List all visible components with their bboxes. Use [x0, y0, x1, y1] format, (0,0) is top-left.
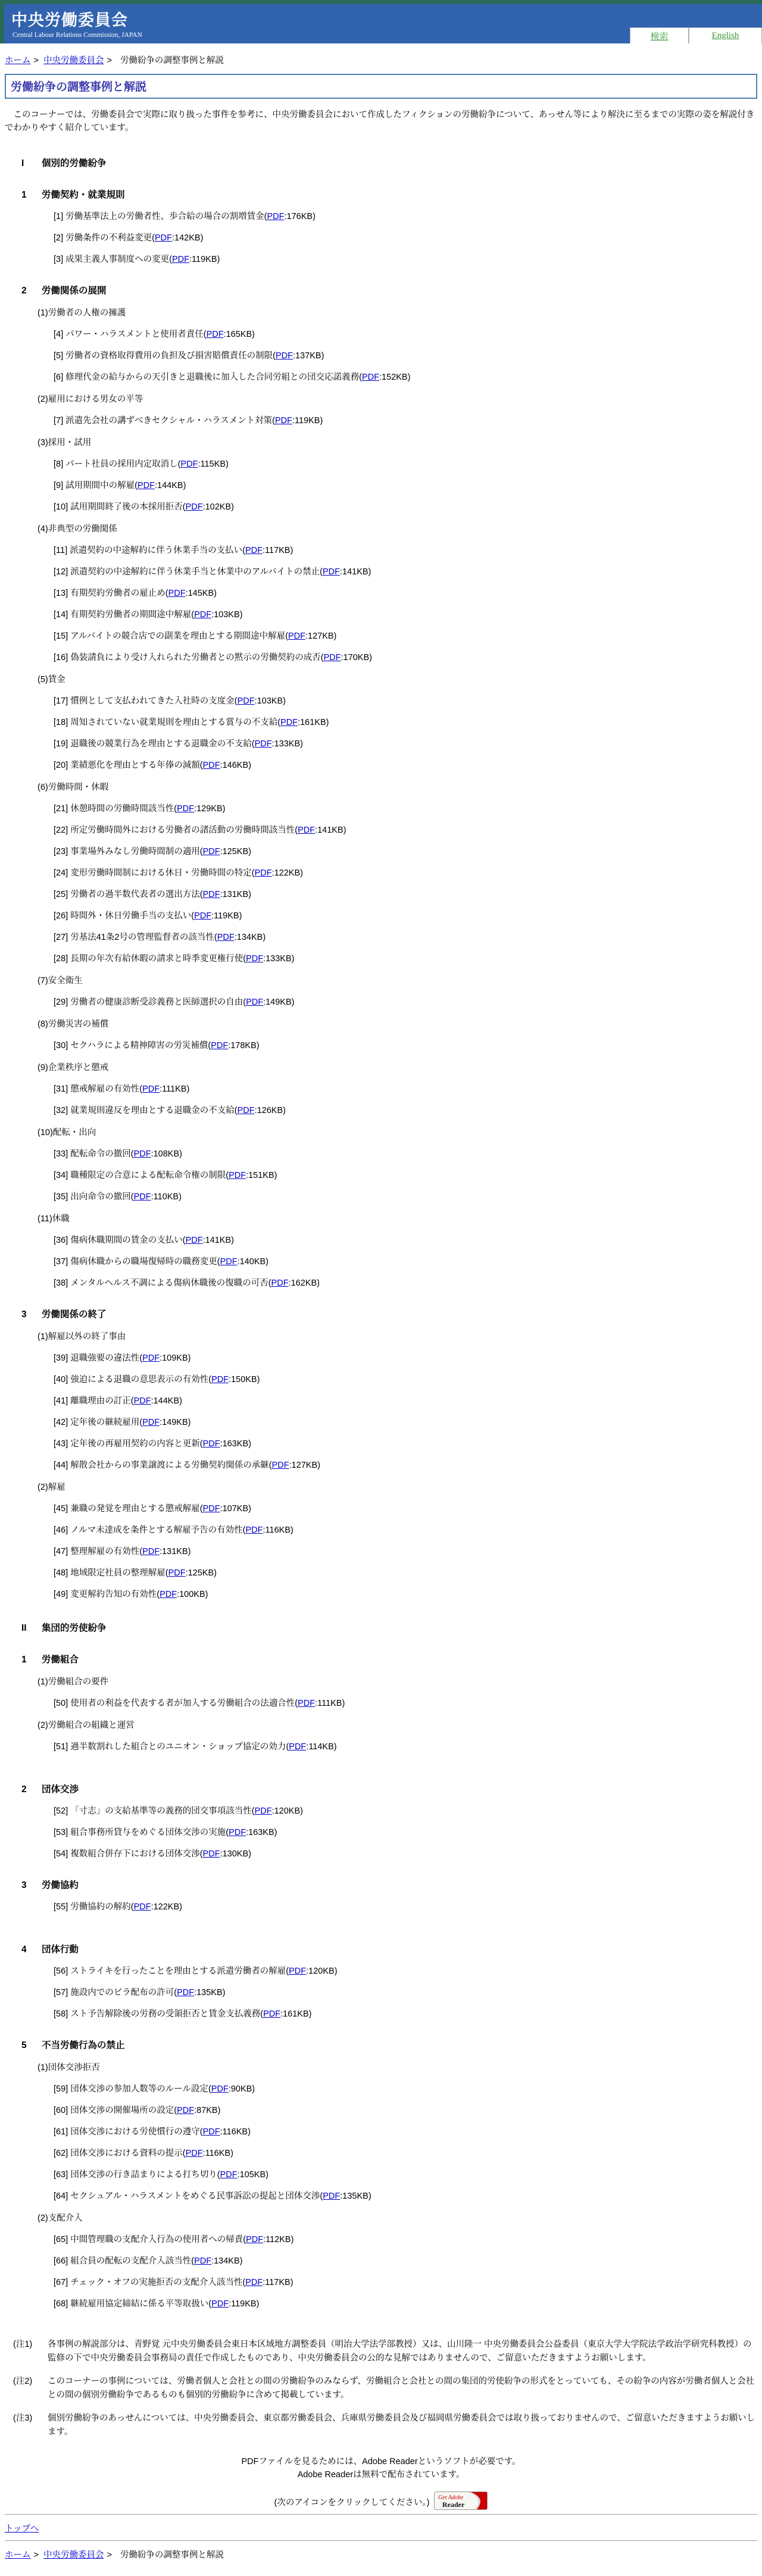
pdf-link[interactable]: PDF: [288, 632, 305, 641]
list-item: [32] 就業規則違反を理由とする退職金の不支給(PDF:126KB): [54, 1106, 757, 1116]
file-size: 131KB: [223, 890, 249, 899]
item-title: 離職理由の訂正: [70, 1396, 131, 1406]
pdf-link[interactable]: PDF: [220, 2170, 238, 2180]
pdf-link[interactable]: PDF: [211, 2299, 229, 2309]
list-item: [12] 派遣契約の中途解約に伴う休業手当と休業中のアルバイトの禁止(PDF:1…: [54, 567, 757, 577]
item-title: ストライキを行ったことを理由とする派遣労働者の解雇: [70, 1967, 286, 1976]
item-title: 労基法41条2号の管理監督者の該当性: [70, 933, 214, 942]
item-number: [26]: [54, 911, 68, 921]
pdf-notice: PDFファイルを見るためには、Adobe Readerというソフトが必要です。 …: [5, 2455, 757, 2514]
pdf-link[interactable]: PDF: [267, 212, 285, 221]
item-number: [24]: [54, 868, 68, 878]
pdf-link[interactable]: PDF: [194, 2256, 211, 2266]
item-number: [42]: [54, 1418, 68, 1427]
file-size: 134KB: [237, 933, 263, 942]
list-item: [57] 施設内でのビラ配布の許可(PDF:135KB): [54, 1988, 757, 1998]
pdf-link[interactable]: PDF: [280, 718, 298, 727]
list-item: [45] 兼職の発覚を理由とする懲戒解雇(PDF:107KB): [54, 1504, 757, 1514]
item-title: セクシュアル・ハラスメントをめぐる民事訴訟の提起と団体交渉: [70, 2192, 320, 2201]
item-number: [44]: [54, 1461, 68, 1470]
item-title: 有期契約労働者の期間途中解雇: [70, 610, 191, 620]
item-title: 定年後の継続雇用: [70, 1418, 139, 1427]
chapter-heading: 4団体行動: [21, 1942, 757, 1955]
item-number: [43]: [54, 1439, 68, 1449]
header-nav: 検索 English: [630, 27, 762, 43]
file-size: 90KB: [231, 2084, 252, 2094]
search-tab[interactable]: 検索: [630, 27, 689, 43]
pdf-link[interactable]: PDF: [289, 1742, 306, 1752]
item-number: [64]: [54, 2192, 68, 2201]
pdf-link[interactable]: PDF: [160, 1590, 177, 1599]
item-title: パワー・ハラスメントと使用者責任: [65, 330, 204, 339]
file-size: 109KB: [162, 1353, 188, 1363]
pdf-link[interactable]: PDF: [271, 1278, 289, 1288]
item-number: [20]: [54, 761, 68, 770]
pdf-notice-line3: (次のアイコンをクリックしてください。): [274, 2496, 430, 2509]
item-title: 有期契約労働者の雇止め: [70, 589, 165, 598]
item-title: 労働者の資格取得費用の負担及び損害賠償責任の制限: [65, 351, 273, 361]
pdf-link[interactable]: PDF: [245, 1525, 263, 1535]
file-size: 161KB: [300, 718, 326, 727]
intro-paragraph: このコーナーでは、労働委員会で実際に取り扱った事件を参考に、中央労働委員会におい…: [5, 108, 757, 135]
pdf-link[interactable]: PDF: [263, 2009, 280, 2019]
pdf-link[interactable]: PDF: [203, 1439, 220, 1449]
pdf-link[interactable]: PDF: [203, 2127, 220, 2137]
item-number: [53]: [54, 1828, 68, 1837]
breadcrumb-separator: >: [34, 2550, 39, 2560]
breadcrumb-current: 労働紛争の調整事例と解説: [120, 2550, 224, 2560]
list-item: [65] 中間管理職の支配介入行為の使用者への帰責(PDF:112KB): [54, 2235, 757, 2245]
pdf-link[interactable]: PDF: [255, 739, 272, 749]
file-size: 151KB: [248, 1171, 274, 1180]
pdf-link[interactable]: PDF: [323, 2192, 340, 2201]
pdf-link[interactable]: PDF: [194, 911, 211, 921]
file-size: 133KB: [274, 739, 301, 749]
group-heading: (5)賃金: [38, 675, 757, 685]
chapter-heading: 3労働協約: [21, 1878, 757, 1891]
item-number: [15]: [54, 632, 68, 641]
file-size: 161KB: [283, 2009, 309, 2019]
item-number: [50]: [54, 1699, 68, 1708]
file-size: 134KB: [214, 2256, 240, 2266]
item-number: [62]: [54, 2149, 68, 2158]
item-title: 派遣先会社の講ずべきセクシャル・ハラスメント対策: [65, 416, 272, 426]
item-number: [3]: [54, 255, 63, 264]
item-title: 懲戒解雇の有効性: [70, 1084, 139, 1094]
list-item: [63] 団体交渉の行き詰まりによる打ち切り(PDF:105KB): [54, 2170, 757, 2180]
item-title: 使用者の利益を代表する者が加入する労働組合の法適合性: [70, 1699, 295, 1708]
pdf-link[interactable]: PDF: [275, 416, 292, 426]
pdf-link[interactable]: PDF: [246, 998, 263, 1007]
file-size: 125KB: [188, 1568, 214, 1578]
pdf-link[interactable]: PDF: [238, 1106, 255, 1115]
file-size: 149KB: [266, 998, 292, 1007]
item-number: [38]: [54, 1278, 68, 1288]
list-item: [25] 労働者の過半数代表者の選出方法(PDF:131KB): [54, 890, 757, 900]
list-item: [49] 変更解約告知の有効性(PDF:100KB): [54, 1590, 757, 1600]
item-number: [34]: [54, 1171, 68, 1180]
breadcrumb-link[interactable]: ホーム: [5, 2550, 31, 2560]
breadcrumb-link[interactable]: ホーム: [5, 56, 31, 65]
item-title: 試用期間中の解雇: [65, 481, 135, 490]
item-title: 整理解雇の有効性: [70, 1547, 139, 1556]
pdf-link[interactable]: PDF: [289, 1967, 306, 1976]
pdf-link[interactable]: PDF: [229, 1828, 246, 1837]
file-size: 133KB: [266, 954, 292, 964]
pdf-link[interactable]: PDF: [138, 481, 155, 490]
list-item: [50] 使用者の利益を代表する者が加入する労働組合の法適合性(PDF:111K…: [54, 1699, 757, 1709]
item-title: 所定労働時間外における労働者の諸活動の労働時間該当性: [70, 826, 295, 835]
item-title: スト予告解除後の労務の受領拒否と賃金支払義務: [70, 2009, 260, 2019]
item-number: [14]: [54, 610, 68, 620]
item-number: [27]: [54, 933, 68, 942]
notes-section: (注1) 各事例の解説部分は、青野覚 元中央労働委員会東日本区域地方調整委員（明…: [5, 2338, 757, 2440]
item-number: [66]: [54, 2256, 68, 2266]
group-heading: (9)企業秩序と懲戒: [38, 1063, 757, 1073]
item-title: 傷病休職からの職場復帰時の職務変更: [70, 1257, 217, 1267]
list-item: [36] 傷病休職期間の賃金の支払い(PDF:141KB): [54, 1236, 757, 1246]
chapter-heading: 1労働組合: [21, 1652, 757, 1665]
group-heading: (1)労働者の人権の擁護: [38, 308, 757, 318]
pdf-link[interactable]: PDF: [203, 847, 220, 856]
list-item: [4] パワー・ハラスメントと使用者責任(PDF:165KB): [54, 330, 757, 340]
item-number: [48]: [54, 1568, 68, 1578]
pdf-link[interactable]: PDF: [211, 2084, 229, 2094]
item-title: 休憩時間の労働時間該当性: [70, 804, 174, 814]
pdf-link[interactable]: PDF: [203, 890, 220, 899]
item-number: [16]: [54, 653, 68, 662]
note: (注3) 個別労働紛争のあっせんについては、中央労働委員会、東京都労働委員会、兵…: [5, 2412, 757, 2440]
item-number: [18]: [54, 718, 68, 727]
item-title: 偽装請負により受け入れられた労働者との黙示の労働契約の成否: [70, 653, 321, 662]
list-item: [10] 試用期間終了後の本採用拒否(PDF:102KB): [54, 502, 757, 512]
item-title: 派遣契約の中途解約に伴う休業手当の支払い: [70, 546, 242, 555]
pdf-link[interactable]: PDF: [203, 1849, 220, 1859]
note-label: (注2): [13, 2375, 48, 2403]
search-link[interactable]: 検索: [650, 30, 668, 42]
english-link[interactable]: English: [712, 31, 739, 41]
item-number: [60]: [54, 2106, 68, 2115]
list-item: [39] 退職強要の違法性(PDF:109KB): [54, 1353, 757, 1364]
pdf-link[interactable]: PDF: [134, 1396, 151, 1406]
pdf-link[interactable]: PDF: [177, 2106, 194, 2115]
item-number: [17]: [54, 696, 68, 706]
item-title: 労働基準法上の労働者性、歩合給の場合の割増賃金: [65, 212, 264, 221]
to-top-link[interactable]: トップへ: [5, 2524, 39, 2534]
list-item: [8] パート社員の採用内定取消し(PDF:115KB): [54, 459, 757, 470]
item-title: 組合事務所貸与をめぐる団体交渉の実施: [70, 1828, 226, 1837]
pdf-link[interactable]: PDF: [186, 502, 203, 512]
list-item: [1] 労働基準法上の労働者性、歩合給の場合の割増賃金(PDF:176KB): [54, 212, 757, 222]
item-number: [35]: [54, 1192, 68, 1202]
item-number: [40]: [54, 1375, 68, 1384]
list-item: [40] 強迫による退職の意思表示の有効性(PDF:150KB): [54, 1375, 757, 1385]
item-title: 傷病休職期間の賃金の支払い: [70, 1236, 183, 1245]
pdf-link[interactable]: PDF: [203, 1504, 220, 1514]
item-number: [51]: [54, 1742, 68, 1752]
pdf-link[interactable]: PDF: [186, 1236, 203, 1245]
list-item: [27] 労基法41条2号の管理監督者の該当性(PDF:134KB): [54, 933, 757, 943]
pdf-link[interactable]: PDF: [211, 1375, 229, 1384]
list-item: [15] アルバイトの競合店での副業を理由とする期間途中解雇(PDF:127KB…: [54, 632, 757, 642]
item-number: [29]: [54, 998, 68, 1007]
pdf-link[interactable]: PDF: [177, 804, 194, 814]
list-item: [67] チェック・オフの実施拒否の支配介入該当性(PDF:117KB): [54, 2278, 757, 2288]
list-item: [24] 変形労働時間制における休日・労働時間の特定(PDF:122KB): [54, 868, 757, 879]
file-size: 111KB: [162, 1084, 186, 1094]
list-item: [37] 傷病休職からの職場復帰時の職務変更(PDF:140KB): [54, 1257, 757, 1267]
pdf-link[interactable]: PDF: [134, 1149, 151, 1159]
pdf-link[interactable]: PDF: [134, 1902, 151, 1912]
list-item: [29] 労働者の健康診断受診義務と医師選択の自由(PDF:149KB): [54, 998, 757, 1008]
item-number: [65]: [54, 2235, 68, 2244]
get-adobe-reader-badge[interactable]: Get Adobe Reader: [434, 2491, 488, 2514]
group-heading: (1)労働組合の要件: [38, 1677, 757, 1687]
item-number: [63]: [54, 2170, 68, 2180]
list-item: [14] 有期契約労働者の期間途中解雇(PDF:103KB): [54, 610, 757, 620]
item-number: [41]: [54, 1396, 68, 1406]
item-title: 退職後の競業行為を理由とする退職金の不支給: [70, 739, 252, 749]
pdf-link[interactable]: PDF: [142, 1547, 160, 1556]
group-heading: (10)配転・出向: [38, 1128, 757, 1138]
list-item: [59] 団体交渉の参加人数等のルール設定(PDF:90KB): [54, 2084, 757, 2094]
list-item: [53] 組合事務所貸与をめぐる団体交渉の実施(PDF:163KB): [54, 1828, 757, 1838]
item-title: 時間外・休日労働手当の支払い: [70, 911, 191, 921]
item-number: [56]: [54, 1967, 68, 1976]
pdf-link[interactable]: PDF: [142, 1353, 160, 1363]
item-title: 派遣契約の中途解約に伴う休業手当と休業中のアルバイトの禁止: [70, 567, 320, 577]
file-size: 135KB: [196, 1988, 223, 1997]
item-title: 地域限定社員の整理解雇: [70, 1568, 165, 1578]
item-number: [47]: [54, 1547, 68, 1556]
part-heading: II集団的労使紛争: [21, 1621, 757, 1634]
chapter-heading: 5不当労働行為の禁止: [21, 2038, 757, 2051]
item-number: [36]: [54, 1236, 68, 1245]
case-outline: I個別的労働紛争1労働契約・就業規則[1] 労働基準法上の労働者性、歩合給の場合…: [5, 156, 757, 2309]
pdf-link[interactable]: PDF: [168, 1568, 186, 1578]
item-title: 団体交渉の開催場所の設定: [70, 2106, 174, 2115]
file-size: 142KB: [174, 233, 201, 243]
item-number: [57]: [54, 1988, 68, 1997]
pdf-link[interactable]: PDF: [177, 1988, 194, 1997]
adobe-reader-icon: Get Adobe Reader: [434, 2491, 488, 2510]
item-title: 業績悪化を理由とする年俸の減額: [70, 761, 200, 770]
pdf-link[interactable]: PDF: [246, 2235, 263, 2244]
item-title: 施設内でのビラ配布の許可: [70, 1988, 174, 1997]
file-size: 117KB: [265, 546, 290, 555]
item-title: セクハラによる精神障害の労災補償: [70, 1041, 208, 1051]
pdf-link[interactable]: PDF: [229, 1171, 246, 1180]
list-item: [68] 継続雇用協定締結に係る平等取扱い(PDF:119KB): [54, 2299, 757, 2309]
item-title: 修理代金の給与からの天引きと退職後に加入した合同労組との団交応諾義務: [65, 373, 359, 382]
pdf-link[interactable]: PDF: [172, 255, 189, 264]
item-title: 労働者の健康診断受診義務と医師選択の自由: [70, 998, 243, 1007]
pdf-link[interactable]: PDF: [181, 459, 198, 469]
file-size: 129KB: [196, 804, 223, 814]
item-title: アルバイトの競合店での副業を理由とする期間途中解雇: [70, 632, 285, 641]
breadcrumb-current: 労働紛争の調整事例と解説: [120, 56, 224, 65]
breadcrumb-link[interactable]: 中央労働委員会: [43, 56, 104, 65]
pdf-link[interactable]: PDF: [276, 351, 293, 361]
pdf-link[interactable]: PDF: [134, 1192, 151, 1202]
pdf-link[interactable]: PDF: [168, 589, 186, 598]
list-item: [3] 成果主義人事制度への変更(PDF:119KB): [54, 255, 757, 265]
list-item: [44] 解散会社からの事業譲渡による労働契約関係の承継(PDF:127KB): [54, 1461, 757, 1471]
item-title: 労働条件の不利益変更: [65, 233, 152, 243]
item-number: [67]: [54, 2278, 68, 2287]
item-number: [54]: [54, 1849, 68, 1859]
pdf-link[interactable]: PDF: [142, 1418, 160, 1427]
file-size: 125KB: [223, 847, 249, 856]
file-size: 145KB: [188, 589, 214, 598]
file-size: 87KB: [196, 2106, 217, 2115]
item-title: 「寸志」の支給基準等の義務的団交事項該当性: [70, 1806, 252, 1816]
list-item: [55] 労働協約の解約(PDF:122KB): [54, 1902, 757, 1912]
item-title: 職種限定の合意による配転命令権の制限: [70, 1171, 226, 1180]
list-item: [35] 出向命令の撤回(PDF:110KB): [54, 1192, 757, 1202]
file-size: 140KB: [240, 1257, 266, 1267]
english-tab[interactable]: English: [689, 27, 762, 43]
file-size: 117KB: [265, 2278, 290, 2287]
item-title: 団体交渉における資料の提示: [70, 2149, 183, 2158]
item-title: メンタルヘルス不調による傷病休職後の復職の可否: [70, 1278, 268, 1288]
pdf-link[interactable]: PDF: [220, 1257, 238, 1267]
chapter-heading: 3労働関係の終了: [21, 1307, 757, 1320]
file-size: 122KB: [274, 868, 301, 878]
item-title: 過半数割れした組合とのユニオン・ショップ協定の効力: [70, 1742, 286, 1752]
list-item: [43] 定年後の再雇用契約の内容と更新(PDF:163KB): [54, 1439, 757, 1449]
item-title: 強迫による退職の意思表示の有効性: [70, 1375, 208, 1384]
chapter-heading: 1労働契約・就業規則: [21, 187, 757, 201]
file-size: 102KB: [205, 502, 232, 512]
pdf-link[interactable]: PDF: [324, 653, 341, 662]
breadcrumb-link[interactable]: 中央労働委員会: [43, 2550, 104, 2560]
pdf-notice-line2: Adobe Readerは無料で配布されています。: [5, 2468, 757, 2481]
item-title: 労働者の過半数代表者の選出方法: [70, 890, 200, 899]
file-size: 163KB: [248, 1828, 274, 1837]
group-heading: (2)雇用における男女の平等: [38, 395, 757, 405]
group-heading: (6)労働時間・休暇: [38, 783, 757, 793]
list-item: [64] セクシュアル・ハラスメントをめぐる民事訴訟の提起と団体交渉(PDF:1…: [54, 2192, 757, 2202]
item-number: [31]: [54, 1084, 68, 1094]
pdf-link[interactable]: PDF: [298, 1699, 315, 1708]
file-size: 100KB: [179, 1590, 205, 1599]
pdf-link[interactable]: PDF: [323, 567, 340, 577]
pdf-link[interactable]: PDF: [272, 1461, 289, 1470]
item-number: [23]: [54, 847, 68, 856]
pdf-link[interactable]: PDF: [238, 696, 255, 706]
list-item: [9] 試用期間中の解雇(PDF:144KB): [54, 481, 757, 491]
pdf-link[interactable]: PDF: [207, 330, 224, 339]
file-size: 119KB: [192, 255, 217, 264]
item-number: [61]: [54, 2127, 68, 2137]
file-size: 130KB: [223, 1849, 249, 1859]
list-item: [34] 職種限定の合意による配転命令権の制限(PDF:151KB): [54, 1171, 757, 1181]
item-number: [52]: [54, 1806, 68, 1816]
file-size: 149KB: [162, 1418, 188, 1427]
group-heading: (3)採用・試用: [38, 438, 757, 448]
file-size: 141KB: [342, 567, 368, 577]
file-size: 127KB: [308, 632, 334, 641]
file-size: 115KB: [201, 459, 226, 469]
item-title: 労働協約の解約: [70, 1902, 131, 1912]
item-number: [6]: [54, 373, 63, 382]
list-item: [30] セクハラによる精神障害の労災補償(PDF:178KB): [54, 1041, 757, 1051]
item-number: [25]: [54, 890, 68, 899]
pdf-link[interactable]: PDF: [142, 1084, 160, 1094]
item-title: 団体交渉の行き詰まりによる打ち切り: [70, 2170, 217, 2180]
file-size: 105KB: [240, 2170, 266, 2180]
pdf-link[interactable]: PDF: [245, 2278, 263, 2287]
file-size: 144KB: [157, 481, 183, 490]
note-text: このコーナーの事例については、労働者個人と会社との間の労働紛争のみならず、労働組…: [48, 2375, 757, 2403]
item-number: [32]: [54, 1106, 68, 1115]
item-number: [68]: [54, 2299, 68, 2309]
pdf-link[interactable]: PDF: [255, 868, 272, 878]
list-item: [23] 事業場外みなし労働時間制の適用(PDF:125KB): [54, 847, 757, 857]
pdf-link[interactable]: PDF: [203, 761, 220, 770]
item-title: 解散会社からの事業譲渡による労働契約関係の承継: [70, 1461, 269, 1470]
pdf-link[interactable]: PDF: [217, 933, 235, 942]
note-text: 各事例の解説部分は、青野覚 元中央労働委員会東日本区域地方調整委員（明治大学法学…: [48, 2338, 757, 2366]
item-number: [37]: [54, 1257, 68, 1267]
file-size: 152KB: [382, 373, 408, 382]
item-number: [5]: [54, 351, 63, 361]
list-item: [38] メンタルヘルス不調による傷病休職後の復職の可否(PDF:162KB): [54, 1278, 757, 1289]
item-number: [39]: [54, 1353, 68, 1363]
item-title: 団体交渉における労使慣行の遵守: [70, 2127, 200, 2137]
pdf-link[interactable]: PDF: [194, 610, 211, 620]
note-text: 個別労働紛争のあっせんについては、中央労働委員会、東京都労働委員会、兵庫県労働委…: [48, 2412, 757, 2440]
item-number: [4]: [54, 330, 63, 339]
list-item: [19] 退職後の競業行為を理由とする退職金の不支給(PDF:133KB): [54, 739, 757, 749]
item-number: [46]: [54, 1525, 68, 1535]
pdf-link[interactable]: PDF: [246, 954, 263, 964]
pdf-link[interactable]: PDF: [186, 2149, 203, 2158]
list-item: [54] 複数組合併存下における団体交渉(PDF:130KB): [54, 1849, 757, 1859]
list-item: [41] 離職理由の訂正(PDF:144KB): [54, 1396, 757, 1406]
list-item: [18] 周知されていない就業規則を理由とする賞与の不支給(PDF:161KB): [54, 718, 757, 728]
breadcrumb-separator: >: [107, 2550, 111, 2560]
file-size: 150KB: [231, 1375, 257, 1384]
pdf-link[interactable]: PDF: [155, 233, 172, 243]
part-heading: I個別的労働紛争: [21, 156, 757, 169]
pdf-link[interactable]: PDF: [211, 1041, 228, 1051]
file-size: 162KB: [291, 1278, 317, 1288]
pdf-notice-line1: PDFファイルを見るためには、Adobe Readerというソフトが必要です。: [5, 2455, 757, 2468]
item-title: 配転命令の撤回: [70, 1149, 131, 1159]
item-title: 変形労働時間制における休日・労働時間の特定: [70, 868, 252, 878]
file-size: 176KB: [287, 212, 313, 221]
pdf-link[interactable]: PDF: [245, 546, 263, 555]
group-heading: (4)非典型の労働関係: [38, 524, 757, 534]
list-item: [11] 派遣契約の中途解約に伴う休業手当の支払い(PDF:117KB): [54, 546, 757, 556]
item-number: [10]: [54, 502, 68, 512]
pdf-link[interactable]: PDF: [255, 1806, 272, 1816]
item-title: チェック・オフの実施拒否の支配介入該当性: [70, 2278, 242, 2287]
item-title: 出向命令の撤回: [70, 1192, 131, 1202]
item-title: 慣例として支払われてきた入社時の支度金: [70, 696, 235, 706]
item-number: [9]: [54, 481, 63, 490]
item-title: 組合員の配転の支配介入該当性: [70, 2256, 191, 2266]
file-size: 120KB: [274, 1806, 301, 1816]
item-title: 団体交渉の参加人数等のルール設定: [70, 2084, 208, 2094]
breadcrumb-separator: >: [107, 56, 111, 65]
pdf-link[interactable]: PDF: [362, 373, 379, 382]
item-title: 変更解約告知の有効性: [70, 1590, 157, 1599]
site-banner: 中央労働委員会 Central Labour Relations Commiss…: [0, 4, 762, 43]
pdf-link[interactable]: PDF: [298, 826, 315, 835]
